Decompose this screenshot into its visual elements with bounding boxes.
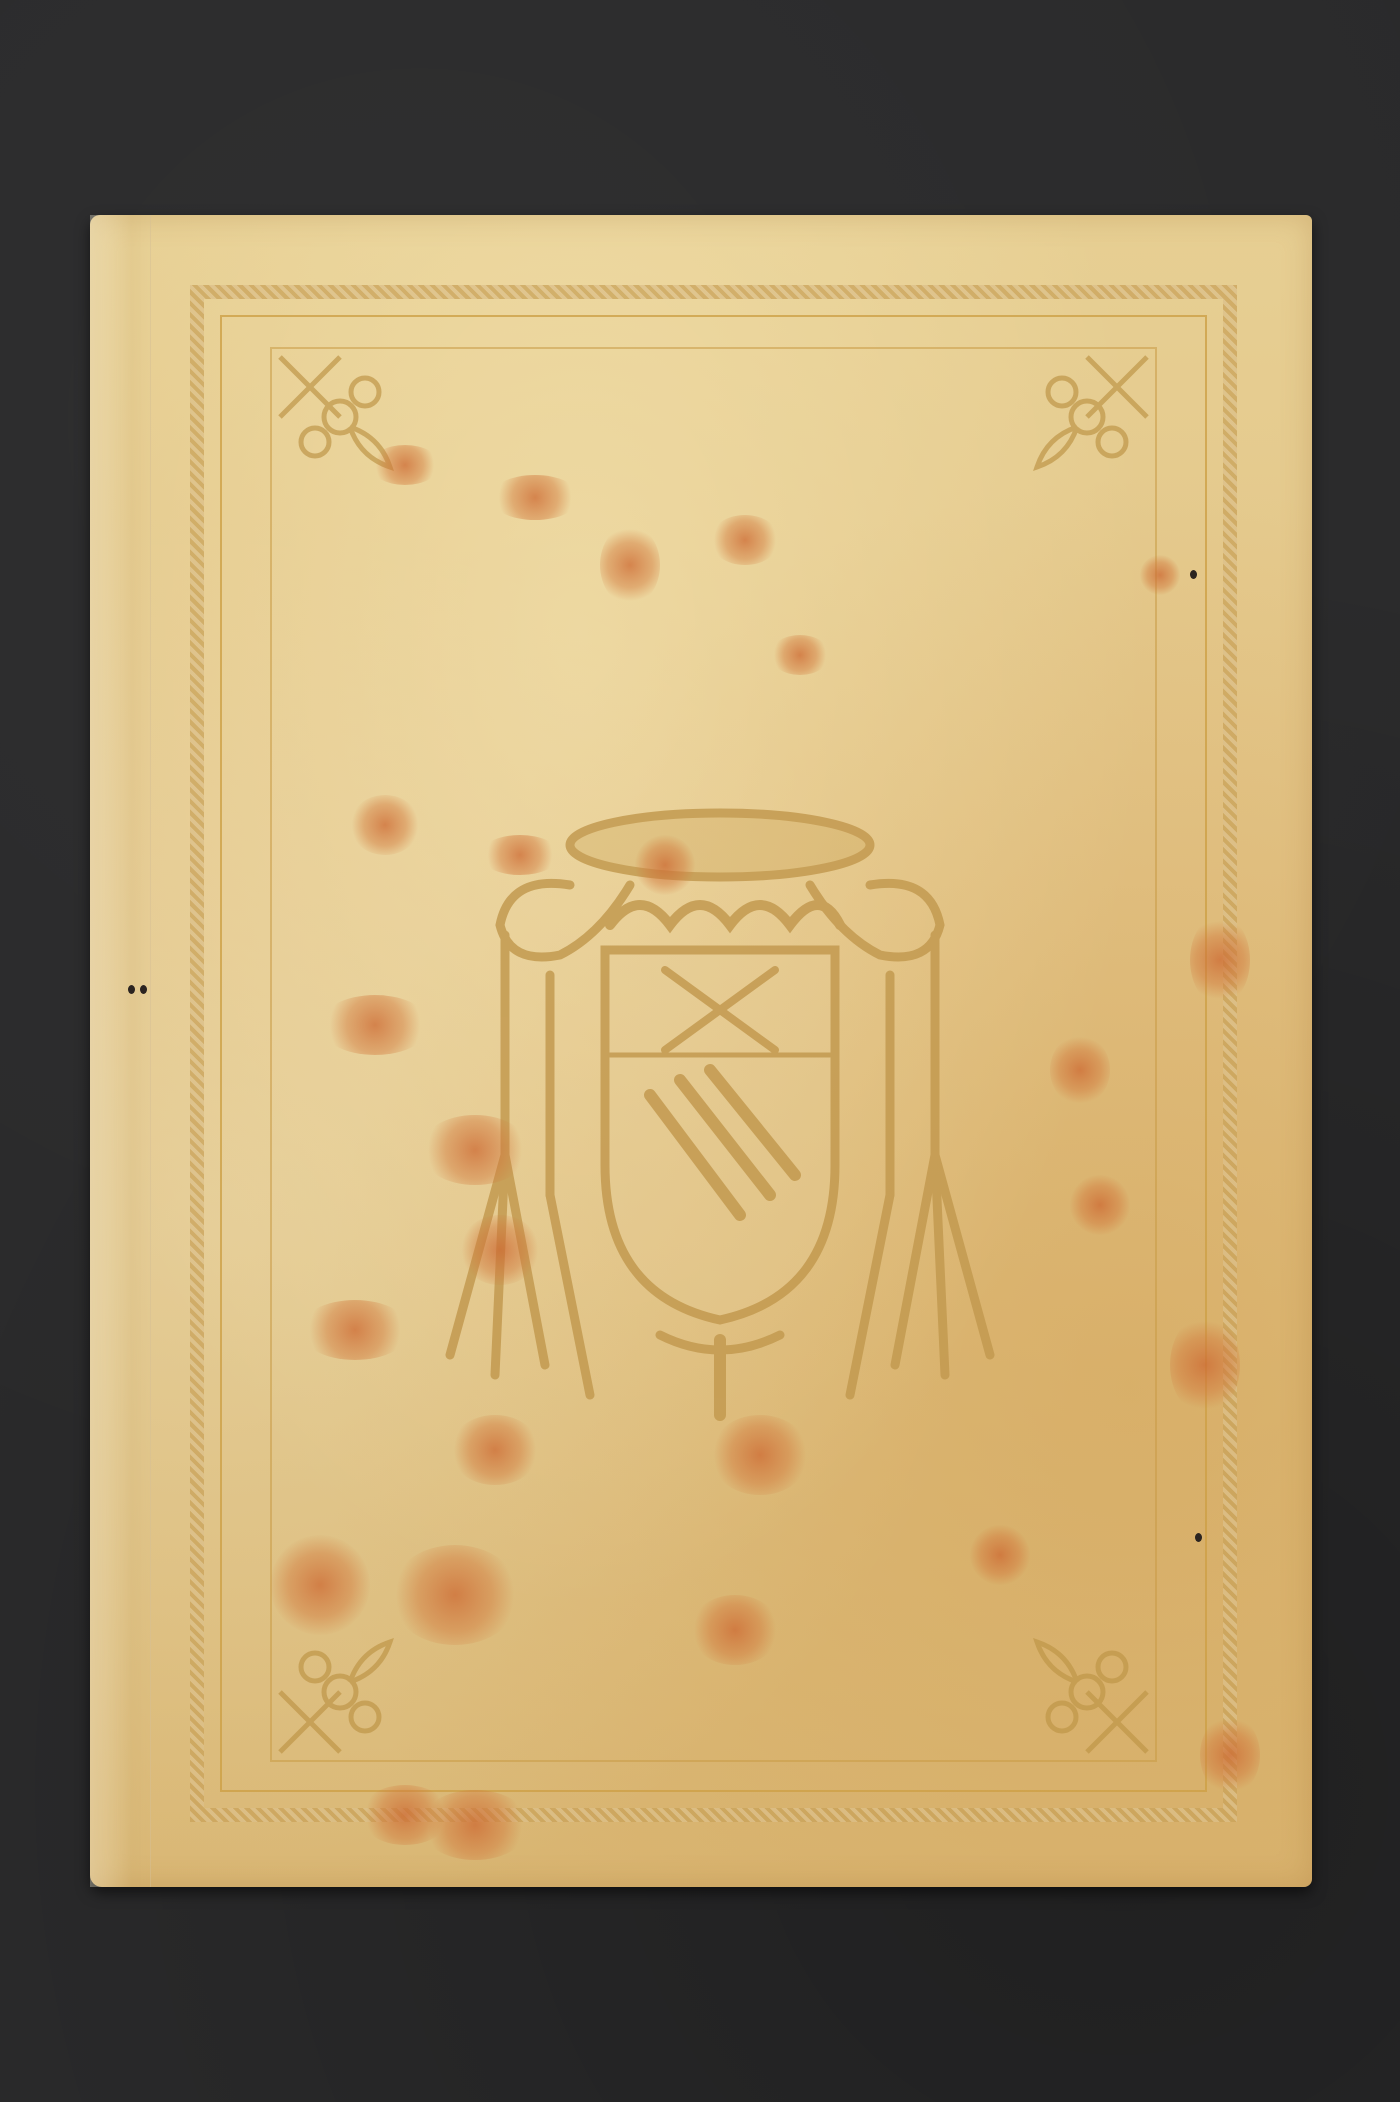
stain (710, 1415, 810, 1495)
stain (1170, 1315, 1240, 1415)
stain (690, 1595, 780, 1665)
stain (420, 1790, 530, 1860)
stain (390, 1545, 520, 1645)
stain (600, 525, 660, 605)
stain (970, 1525, 1030, 1585)
tie-hole (128, 985, 135, 994)
stain (1200, 1715, 1260, 1795)
stain (420, 1115, 530, 1185)
stain (1190, 915, 1250, 1005)
stain (635, 835, 695, 895)
stain (770, 635, 830, 675)
corner-fleuron-icon (1017, 347, 1157, 487)
stain (300, 1300, 410, 1360)
book-cover (90, 215, 1312, 1887)
corner-fleuron-icon (270, 1622, 410, 1762)
stain (1050, 1035, 1110, 1105)
tie-hole (140, 985, 147, 994)
tie-hole (1195, 1533, 1202, 1542)
spine-fold (90, 215, 151, 1887)
stain (1140, 555, 1180, 595)
tie-hole (1190, 570, 1197, 579)
stain (480, 835, 560, 875)
stain (450, 1415, 540, 1485)
stain (1070, 1175, 1130, 1235)
stain (490, 475, 580, 520)
stain (460, 1215, 540, 1285)
corner-fleuron-icon (1017, 1622, 1157, 1762)
stain (350, 795, 420, 855)
stain (710, 515, 780, 565)
stain (320, 995, 430, 1055)
stain (270, 1535, 370, 1635)
stain (370, 445, 440, 485)
